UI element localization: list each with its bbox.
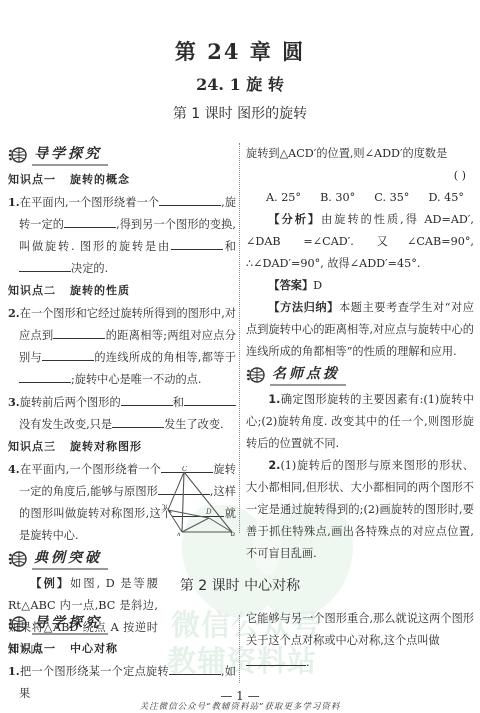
answer-blank[interactable] [19, 371, 71, 383]
banner-label: 典例突破 [32, 549, 108, 570]
answer: 【答案】D [246, 275, 474, 297]
lesson2-title: 第 2 课时 中心对称 [0, 575, 480, 595]
answer-blank[interactable] [121, 394, 173, 406]
svg-text:B: B [229, 532, 235, 536]
option-b[interactable]: B. 30° [320, 187, 355, 209]
answer-blank[interactable] [246, 654, 306, 666]
lesson2-right-column: 它能够与另一个图形重合,那么就说这两个图形关于这个点对称或中心对称,这个点叫做. [246, 608, 474, 674]
lesson1-right-column: 旋转到△ACD′的位置,则∠ADD′的度数是 ( ) A. 25° B. 30°… [246, 143, 474, 565]
answer-options: A. 25° B. 30° C. 35° D. 45° [246, 187, 474, 209]
svg-text:D': D' [162, 504, 168, 512]
example-continuation: 旋转到△ACD′的位置,则∠ADD′的度数是 [246, 143, 474, 165]
answer-blank[interactable] [53, 327, 105, 339]
globe-icon [246, 365, 266, 385]
banner-label: 导学探究 [32, 145, 108, 166]
question-1-continuation: 它能够与另一个图形重合,那么就说这两个图形关于这个点对称或中心对称,这个点叫做. [246, 608, 474, 674]
section-title: 24. 1 旋 转 [0, 72, 480, 95]
teacher-tip-1: 1.确定图形旋转的主要因素有:(1)旋转中心;(2)旋转角度. 改变其中的任一个… [246, 389, 474, 455]
answer-parentheses[interactable]: ( ) [246, 165, 474, 187]
knowledge-point-heading: 知识点一中心对称 [8, 638, 236, 660]
footer-note: 关注微信公众号“教辅资料站”获取更多学习资料 [0, 700, 480, 712]
section-banner-example: 典例突破 [8, 547, 236, 571]
answer-blank[interactable] [169, 663, 221, 675]
lesson1-title: 第 1 课时 图形的旋转 [0, 103, 480, 123]
section-banner-guided: 导学探究 [8, 612, 236, 636]
section-banner-teacher: 名师点拨 [246, 363, 474, 387]
answer-blank[interactable] [112, 416, 164, 428]
analysis: 【分析】由旋转的性质,得 AD=AD′, ∠DAB =∠CAD′. 又∠CAB=… [246, 209, 474, 275]
option-c[interactable]: C. 35° [374, 187, 409, 209]
svg-text:A: A [175, 532, 181, 536]
answer-blank[interactable] [171, 238, 223, 250]
question-2: 2.在一个图形和它经过旋转所得到的图形中,对应点到的距离相等;两组对应点分别与的… [8, 302, 236, 391]
answer-blank[interactable] [19, 260, 71, 272]
svg-text:D: D [205, 508, 212, 516]
answer-blank[interactable] [42, 349, 94, 361]
option-a[interactable]: A. 25° [266, 187, 301, 209]
banner-label: 导学探究 [32, 614, 108, 635]
chapter-title: 第 24 章 圆 [0, 36, 480, 66]
question-3: 3.旋转前后两个图形的和没有发生改变,只是发生了改变. [8, 391, 236, 436]
column-divider [239, 143, 240, 533]
option-d[interactable]: D. 45° [428, 187, 464, 209]
svg-text:C: C [182, 466, 188, 473]
banner-label: 名师点拨 [270, 365, 346, 386]
knowledge-point-heading: 知识点三旋转对称图形 [8, 436, 236, 458]
globe-icon [8, 549, 28, 569]
question-1: 1.在平面内,一个图形绕着一个,旋转一定的,得到另一个图形的变换,叫做旋转. 图… [8, 191, 236, 280]
knowledge-point-heading: 知识点一旋转的概念 [8, 169, 236, 191]
globe-icon [8, 614, 28, 634]
answer-blank[interactable] [184, 394, 236, 406]
knowledge-point-heading: 知识点二旋转的性质 [8, 280, 236, 302]
method-summary: 【方法归纳】本题主要考查学生对“对应点到旋转中心的距离相等,对应点与旋转中心的连… [246, 297, 474, 363]
answer-blank[interactable] [64, 216, 116, 228]
answer-blank[interactable] [159, 194, 221, 206]
teacher-tip-2: 2.(1)旋转后的图形与原来图形的形状、大小都相同,但形状、大小都相同的两个图形… [246, 455, 474, 565]
globe-icon [8, 145, 28, 165]
section-banner-guided: 导学探究 [8, 143, 236, 167]
geometry-figure: C D' D A B [162, 466, 236, 536]
column-divider [239, 615, 240, 683]
